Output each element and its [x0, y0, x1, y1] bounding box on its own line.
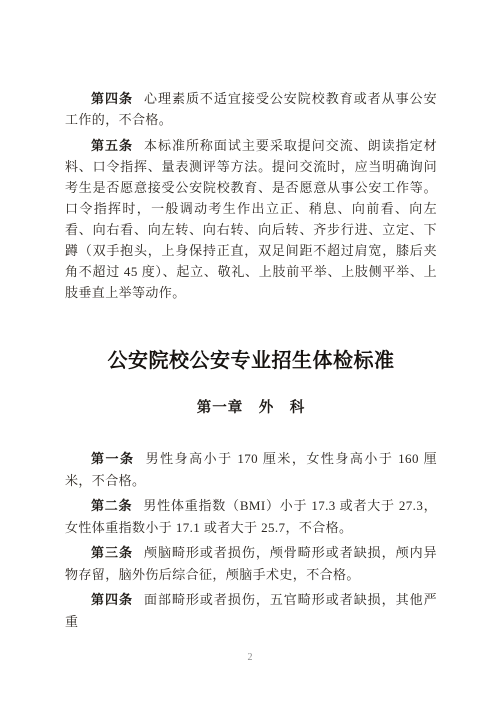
- chapter-heading: 第一章 外 科: [65, 397, 437, 419]
- document-content: 第四条心理素质不适宜接受公安院校教育或者从事公安工作的，不合格。 第五条本标准所…: [65, 88, 437, 633]
- document-title: 公安院校公安专业招生体检标准: [65, 347, 437, 375]
- article-paragraph: 第三条颅脑畸形或者损伤，颅骨畸形或者缺损，颅内异物存留，脑外伤后综合征，颅脑手术…: [65, 542, 437, 586]
- chapter-body: 第一条男性身高小于 170 厘米，女性身高小于 160 厘米，不合格。 第二条男…: [65, 448, 437, 633]
- article-number-label: 第二条: [91, 498, 132, 513]
- article-paragraph: 第一条男性身高小于 170 厘米，女性身高小于 160 厘米，不合格。: [65, 448, 437, 492]
- page-number: 2: [0, 651, 500, 665]
- article-paragraph: 第四条心理素质不适宜接受公安院校教育或者从事公安工作的，不合格。: [65, 88, 437, 130]
- article-number-label: 第四条: [91, 91, 133, 106]
- article-number-label: 第四条: [91, 592, 133, 607]
- article-paragraph: 第五条本标准所称面试主要采取提问交流、朗读指定材料、口令指挥、量表测评等方法。提…: [65, 135, 437, 303]
- article-text: 本标准所称面试主要采取提问交流、朗读指定材料、口令指挥、量表测评等方法。提问交流…: [65, 138, 437, 300]
- document-page: 第四条心理素质不适宜接受公安院校教育或者从事公安工作的，不合格。 第五条本标准所…: [0, 0, 500, 707]
- article-paragraph: 第四条面部畸形或者损伤，五官畸形或者缺损，其他严重: [65, 589, 437, 633]
- article-number-label: 第一条: [91, 451, 135, 466]
- article-paragraph: 第二条男性体重指数（BMI）小于 17.3 或者大于 27.3，女性体重指数小于…: [65, 495, 437, 539]
- article-number-label: 第五条: [91, 138, 133, 153]
- article-number-label: 第三条: [91, 545, 133, 560]
